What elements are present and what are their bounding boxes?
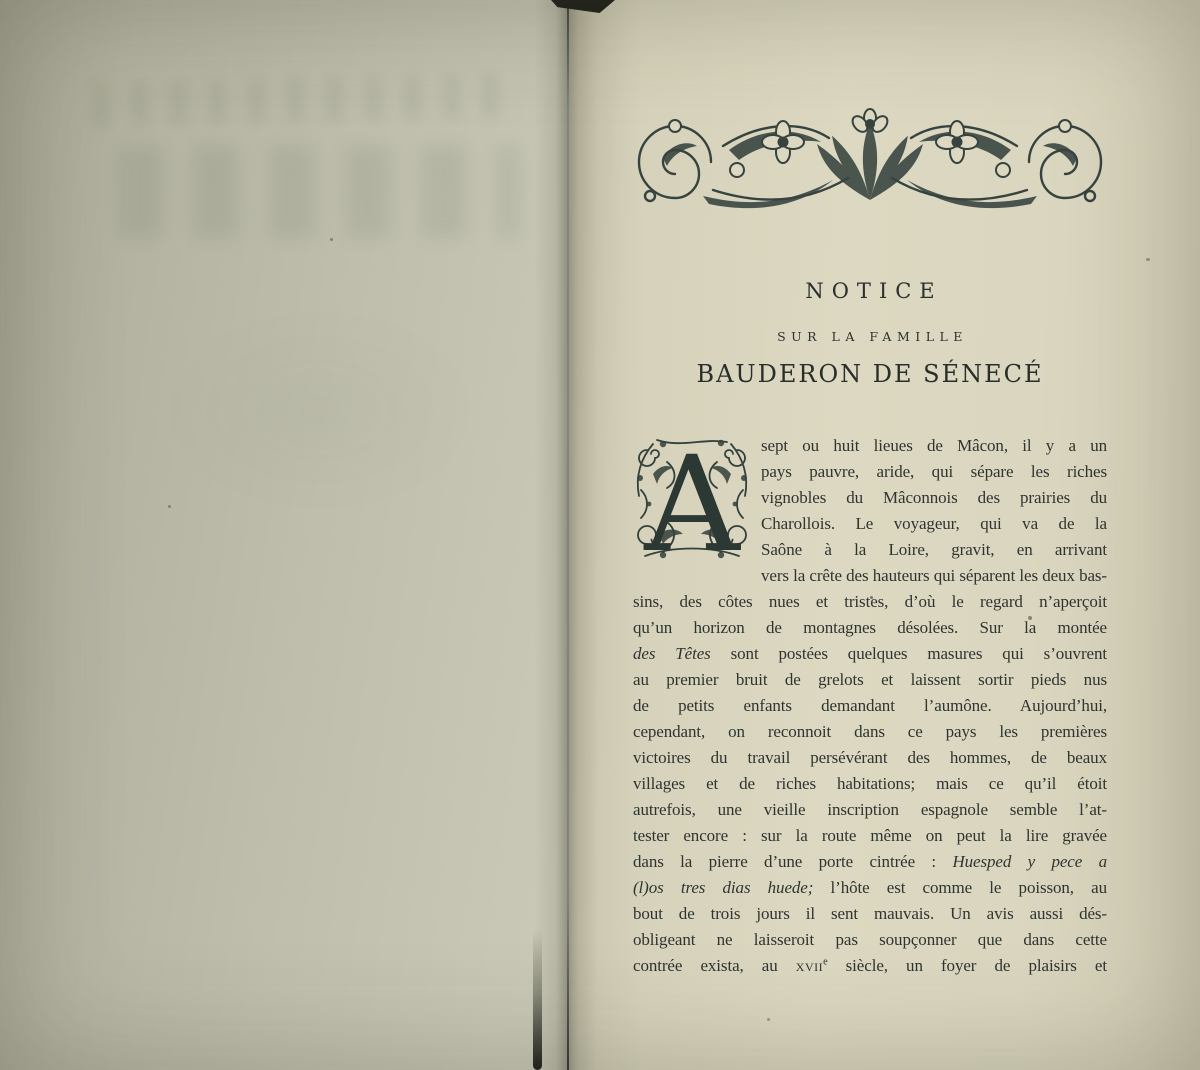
text-line: obligeant ne laisseroit pas soupçonner q… (633, 927, 1107, 953)
show-through-ghost-title (118, 146, 518, 238)
text-line: des Têtes sont postées quelques masures … (633, 641, 1107, 667)
text-line: vers la crête des hauteurs qui séparent … (633, 563, 1107, 589)
show-through-ghost-text (92, 74, 501, 127)
text-line: victoires du travail persévérant des hom… (633, 745, 1107, 771)
text-line: au premier bruit de grelots et laissent … (633, 667, 1107, 693)
text-line: de petits enfants demandant l’aumône. Au… (633, 693, 1107, 719)
foxing-speck (1146, 258, 1150, 261)
text-line: qu’un horizon de montagnes désolées. Sur… (633, 615, 1107, 641)
book-photograph: NOTICE SUR LA FAMILLE BAUDERON DE SÉNECÉ (0, 0, 1200, 1070)
gutter-crease-line (567, 0, 569, 1070)
paragraph: A sept ou huit lieues de Mâcon, il y a u… (633, 433, 1107, 979)
ornate-initial-icon: A (633, 434, 751, 562)
text-column: NOTICE SUR LA FAMILLE BAUDERON DE SÉNECÉ (633, 0, 1107, 1070)
page-title: NOTICE (633, 279, 1107, 303)
dropcap-letter: A (643, 434, 741, 562)
foxing-speck (330, 238, 333, 241)
text-line: dans la pierre d’une porte cintrée : Hue… (633, 849, 1107, 875)
foxing-speck (168, 505, 171, 508)
text-line: tester encore : sur la route même on peu… (633, 823, 1107, 849)
text-line: (l)os tres dias huede; l’hôte est comme … (633, 875, 1107, 901)
family-name-heading: BAUDERON DE SÉNECÉ (633, 360, 1107, 388)
show-through-mottling (150, 300, 490, 520)
text-line: contrée exista, au xviie siècle, un foye… (633, 953, 1107, 979)
text-line: autrefois, une vieille inscription espag… (633, 797, 1107, 823)
page-subtitle: SUR LA FAMILLE (633, 329, 1107, 344)
text-line: villages et de riches habitations; mais … (633, 771, 1107, 797)
text-line: cependant, on reconnoit dans ce pays les… (633, 719, 1107, 745)
floral-headpiece-icon (633, 106, 1107, 214)
text-line: bout de trois jours il sent mauvais. Un … (633, 901, 1107, 927)
binding-crease-bottom (533, 930, 542, 1070)
left-page-blank (0, 0, 572, 1070)
text-line: sins, des côtes nues et tristes, d’où le… (633, 589, 1107, 615)
